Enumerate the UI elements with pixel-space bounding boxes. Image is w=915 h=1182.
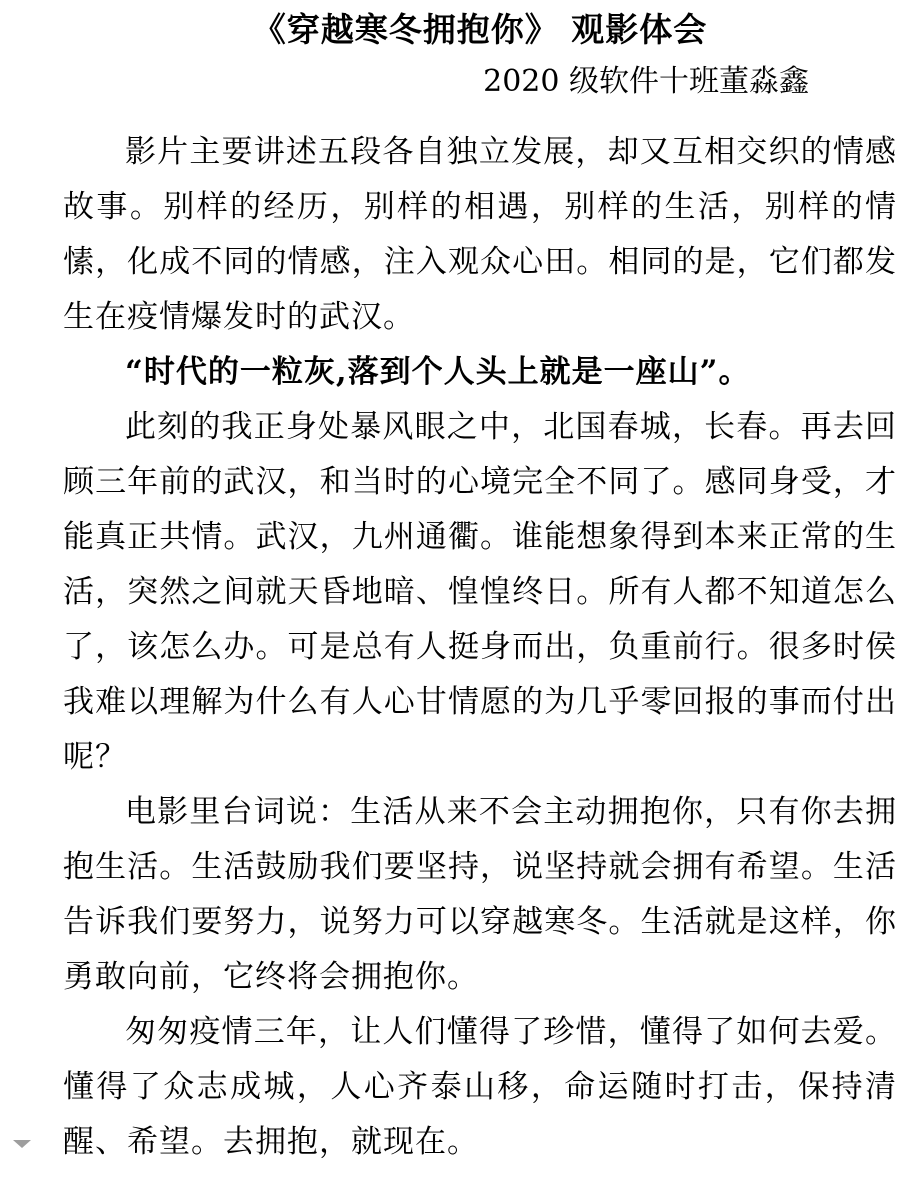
paragraph: 电影里台词说：生活从来不会主动拥抱你，只有你去拥抱生活。生活鼓励我们要坚持，说坚… bbox=[63, 785, 897, 1005]
paragraph: “时代的一粒灰,落到个人头上就是一座山”。 bbox=[63, 345, 897, 400]
document-window: { "document": { "title": "《穿越寒冬拥抱你》 观影体会… bbox=[0, 0, 915, 1182]
triangle-down-icon[interactable] bbox=[13, 1140, 31, 1148]
paragraph: 此刻的我正身处暴风眼之中，北国春城，长春。再去回顾三年前的武汉，和当时的心境完全… bbox=[63, 400, 897, 785]
document-body: 影片主要讲述五段各自独立发展，却又互相交织的情感故事。别样的经历，别样的相遇，别… bbox=[63, 125, 897, 1170]
document-page: 《穿越寒冬拥抱你》 观影体会 2020 级软件十班董淼鑫 影片主要讲述五段各自独… bbox=[0, 0, 915, 1182]
document-title: 《穿越寒冬拥抱你》 观影体会 bbox=[63, 4, 897, 56]
paragraph: 影片主要讲述五段各自独立发展，却又互相交织的情感故事。别样的经历，别样的相遇，别… bbox=[63, 125, 897, 345]
document-content: 《穿越寒冬拥抱你》 观影体会 2020 级软件十班董淼鑫 影片主要讲述五段各自独… bbox=[0, 0, 915, 1170]
author-byline: 2020 级软件十班董淼鑫 bbox=[63, 56, 897, 108]
paragraph: 匆匆疫情三年，让人们懂得了珍惜，懂得了如何去爱。懂得了众志成城，人心齐泰山移，命… bbox=[63, 1005, 897, 1170]
